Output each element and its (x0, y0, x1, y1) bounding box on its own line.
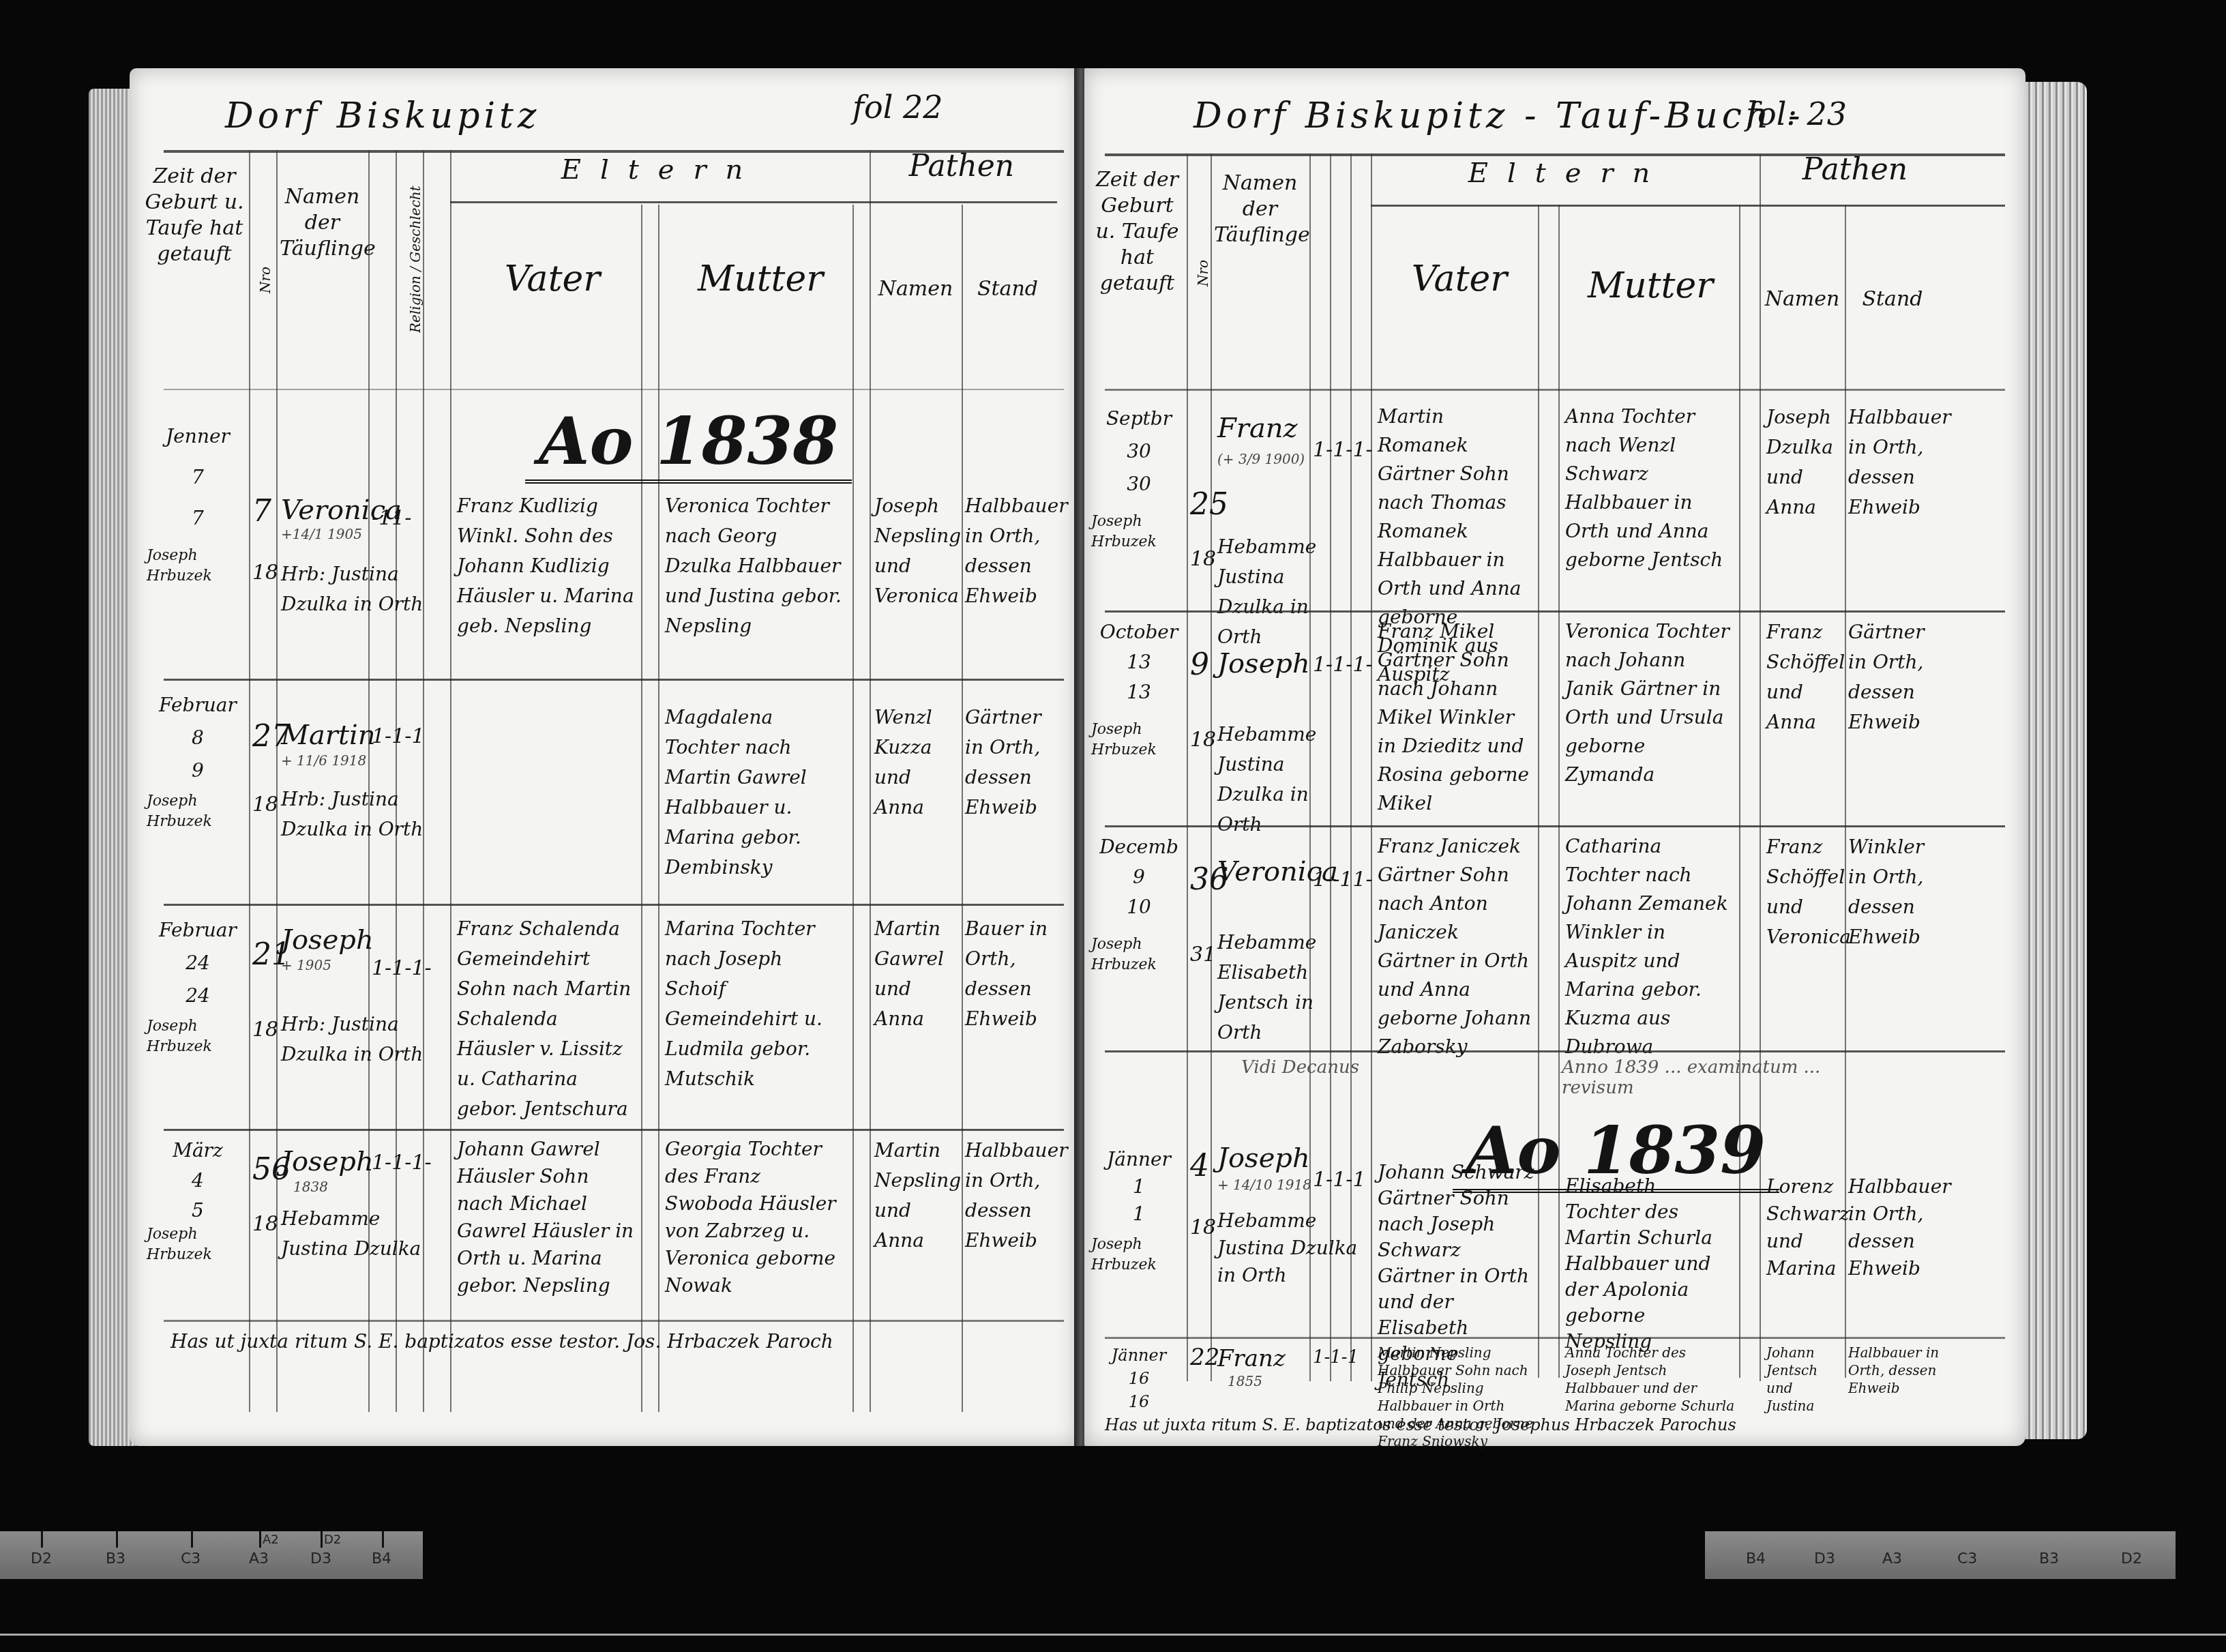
mother: Catharina Tochter nach Johann Zemanek Wi… (1565, 832, 1736, 1061)
father: Franz Janiczek Gärtner Sohn nach Anton J… (1378, 832, 1534, 1061)
religion-marks: 1-1-1- (1313, 430, 1373, 471)
entry-date: October 13 13 (1095, 617, 1183, 707)
header-pathen-stand: Stand (1848, 286, 1937, 312)
baptism-entry: Jenner 7 7 Joseph Hrbuzek 7 18 Veronica … (130, 491, 1078, 675)
header-pathen: Pathen (873, 153, 1050, 179)
margin-annotation: 1855 (1228, 1372, 1262, 1390)
header-child-names: Namen der Täuflinge (280, 184, 365, 262)
header-bottom-rule (1105, 389, 2005, 391)
header-birth-date: Zeit der Geburt u. Taufe hat getauft (1091, 167, 1183, 297)
entry-rule (164, 679, 1064, 681)
child-name: Joseph (1217, 1139, 1310, 1177)
entry-nro: 22 (1190, 1344, 1219, 1371)
baptism-entry: März 4 5 Joseph Hrbuzek 56 18 Joseph 183… (130, 1136, 1078, 1313)
midwife: Hebamme Justina Dzulka (281, 1204, 451, 1264)
ruler-label: D2 (324, 1533, 341, 1547)
attestation-footer: Has ut juxta ritum S. E. baptizatos esse… (170, 1330, 1057, 1353)
religion-marks: 1-1-1- (372, 948, 432, 989)
child-name: Joseph (281, 1142, 374, 1181)
entry-date: Jänner 16 16 (1095, 1344, 1183, 1413)
entry-date: Februar 24 24 (150, 914, 246, 1012)
folio-number: fol 22 (852, 89, 943, 126)
entry-rule (164, 904, 1064, 906)
godparents: Franz Schöffel und Veronica (1766, 832, 1841, 952)
header-mutter: Mutter (675, 266, 846, 292)
header-eltern: Eltern (1391, 160, 1746, 186)
godparents: Wenzl Kuzza und Anna (874, 703, 960, 823)
midwife: Hrb: Justina Dzulka in Orth (281, 784, 451, 844)
father: Franz Kudlizig Winkl. Sohn des Johann Ku… (457, 491, 638, 641)
ruler-label: C3 (181, 1550, 201, 1567)
religion-marks: 1-1-1 (1313, 1344, 1359, 1371)
godparent-status: Halbbauer in Orth, dessen Ehweib (965, 491, 1060, 611)
ruler-label: D2 (2121, 1550, 2142, 1567)
margin-annotation: (+ 3/9 1900) (1217, 450, 1305, 468)
header-mutter: Mutter (1569, 273, 1732, 299)
entry-rule (1105, 610, 2005, 613)
entry-date: März 4 5 (150, 1136, 246, 1226)
entry-priest: Joseph Hrbuzek (1091, 934, 1187, 975)
mother: Georgia Tochter des Franz Swoboda Häusle… (665, 1136, 849, 1299)
ruler-label: D3 (310, 1550, 331, 1567)
entry-date: Jenner 7 7 (150, 416, 246, 539)
child-name: Joseph (281, 921, 374, 959)
entry-house: 31 (1190, 934, 1216, 975)
open-register-book: Dorf Biskupitz fol 22 Zeit der Geburt u.… (130, 68, 2094, 1446)
entry-date: Februar 8 9 (150, 689, 246, 787)
godparents: Joseph Nepsling und Veronica (874, 491, 960, 611)
mother: Marina Tochter nach Joseph Schoif Gemein… (665, 914, 849, 1094)
header-child-names: Namen der Täuflinge (1214, 171, 1306, 248)
mother: Magdalena Tochter nach Martin Gawrel Hal… (665, 703, 849, 883)
header-pathen-namen: Namen (1763, 286, 1841, 312)
midwife: Hebamme Elisabeth Jentsch in Orth (1217, 928, 1354, 1048)
father: Franz Mikel Gärtner Sohn nach Johann Mik… (1378, 617, 1534, 818)
religion-marks: 1-1-1 (372, 716, 425, 757)
year-heading: Ao 1838 (525, 402, 852, 484)
entry-nro: 4 (1190, 1146, 1209, 1187)
entry-rule (1105, 825, 2005, 827)
entry-priest: Joseph Hrbuzek (1091, 720, 1187, 761)
header-bottom-rule (164, 389, 1064, 390)
decanus-visa-note: Vidi Decanus (1241, 1057, 1359, 1078)
child-name: Martin (281, 716, 376, 754)
entry-priest: Joseph Hrbuzek (147, 1016, 249, 1057)
baptism-entry: Decemb 9 10 Joseph Hrbuzek 36 31 Veronic… (1084, 832, 2025, 1037)
godparent-status: Halbbauer in Orth, dessen Ehweib (1848, 1344, 1944, 1397)
entry-rule (164, 1129, 1064, 1131)
godparent-status: Halbbauer in Orth, dessen Ehweib (1848, 402, 1944, 522)
entry-nro: 7 (252, 491, 271, 532)
mother: Anna Tochter des Joseph Jentsch Halbbaue… (1565, 1344, 1736, 1415)
header-birth-date: Zeit der Geburt u. Taufe hat getauft (143, 164, 246, 267)
entry-priest: Joseph Hrbuzek (1091, 1235, 1187, 1275)
margin-annotation: + 1905 (281, 956, 331, 974)
entry-house: 18 (1190, 1207, 1216, 1248)
godparent-status: Winkler in Orth, dessen Ehweib (1848, 832, 1944, 952)
entry-date: Septbr 30 30 (1095, 402, 1183, 501)
entry-house: 18 (252, 1009, 278, 1050)
entry-house: 18 (252, 552, 278, 593)
ruler-label: C3 (1957, 1550, 1977, 1567)
godparents: Martin Gawrel und Anna (874, 914, 960, 1034)
mother: Elisabeth Tochter des Martin Schurla Hal… (1565, 1173, 1736, 1355)
page-title: Dorf Biskupitz (225, 95, 540, 136)
godparents: Franz Schöffel und Anna (1766, 617, 1841, 737)
calibration-ruler-left: D2 B3 C3 A3 D3 B4 A2 D2 (0, 1531, 423, 1579)
godparents: Johann Jentsch und Justina (1766, 1344, 1841, 1415)
baptism-entry: Septbr 30 30 Joseph Hrbuzek 25 18 Franz … (1084, 402, 2025, 607)
religion-marks: 1-1-1 (1313, 1160, 1366, 1200)
entry-priest: Joseph Hrbuzek (147, 791, 249, 832)
ruler-label: B3 (2039, 1550, 2059, 1567)
godparents: Lorenz Schwarz und Marina (1766, 1173, 1841, 1282)
mother: Veronica Tochter nach Johann Janik Gärtn… (1565, 617, 1736, 789)
father: Johann Gawrel Häusler Sohn nach Michael … (457, 1136, 638, 1299)
ruler-label: D2 (31, 1550, 52, 1567)
godparent-status: Halbbauer in Orth, dessen Ehweib (1848, 1173, 1944, 1282)
attestation-footer: Has ut juxta ritum S. E. baptizatos esse… (1105, 1415, 2005, 1434)
child-name: Franz (1217, 409, 1298, 447)
header-nro: Nro (252, 232, 278, 327)
page-title: Dorf Biskupitz - Tauf-Buch - (1193, 95, 1805, 136)
godparents: Martin Nepsling und Anna (874, 1136, 960, 1256)
header-vater: Vater (471, 266, 634, 292)
ruler-label: A2 (263, 1533, 279, 1547)
godparent-status: Halbbauer in Orth, dessen Ehweib (965, 1136, 1060, 1256)
eltern-rule (450, 201, 1057, 203)
scanner-edge-line (0, 1634, 2226, 1636)
entry-nro: 9 (1190, 645, 1209, 685)
entry-date: Jänner 1 1 (1095, 1146, 1183, 1228)
midwife: Hebamme Justina Dzulka in Orth (1217, 1207, 1367, 1289)
calibration-ruler-right: B4 D3 A3 C3 B3 D2 (1705, 1531, 2176, 1579)
midwife: Hrb: Justina Dzulka in Orth (281, 1009, 451, 1070)
mother: Veronica Tochter nach Georg Dzulka Halbb… (665, 491, 849, 641)
religion-marks: 1-1-1- (372, 1142, 432, 1183)
margin-annotation: + 14/10 1918 (1217, 1176, 1311, 1194)
header-religion-sex: Religion / Geschlecht (402, 171, 428, 348)
left-page: Dorf Biskupitz fol 22 Zeit der Geburt u.… (130, 68, 1078, 1446)
entry-nro: 25 (1190, 484, 1228, 525)
godparent-status: Gärtner in Orth, dessen Ehweib (965, 703, 1060, 823)
baptism-entry: Februar 24 24 Joseph Hrbuzek 21 18 Josep… (130, 914, 1078, 1119)
header-pathen-namen: Namen (873, 276, 958, 302)
header-vater: Vater (1384, 266, 1534, 292)
ruler-label: B4 (372, 1550, 391, 1567)
margin-annotation: +14/1 1905 (281, 525, 362, 543)
header-pathen: Pathen (1766, 157, 1944, 183)
religion-marks: -11- (372, 498, 411, 539)
right-page: Dorf Biskupitz - Tauf-Buch - fol: 23 Zei… (1084, 68, 2025, 1446)
entry-priest: Joseph Hrbuzek (147, 546, 249, 587)
ruler-label: A3 (249, 1550, 269, 1567)
header-eltern: Eltern (471, 157, 852, 183)
mother: Anna Tochter nach Wenzl Schwarz Halbbaue… (1565, 402, 1736, 574)
baptism-entry: Jänner 1 1 Joseph Hrbuzek 4 18 Joseph + … (1084, 1146, 2025, 1323)
godparent-status: Bauer in Orth, dessen Ehweib (965, 914, 1060, 1034)
entry-priest: Joseph Hrbuzek (1091, 512, 1187, 552)
midwife: Hebamme Justina Dzulka in Orth (1217, 720, 1354, 840)
page-stack-right (2025, 82, 2087, 1439)
eltern-rule (1371, 205, 2005, 207)
entry-rule (1105, 1050, 2005, 1052)
entry-priest: Joseph Hrbuzek (147, 1224, 249, 1265)
baptism-entry: Februar 8 9 Joseph Hrbuzek 27 18 Martin … (130, 689, 1078, 859)
entry-house: 18 (1190, 720, 1216, 761)
entry-date: Decemb 9 10 (1095, 832, 1183, 922)
revision-note: Anno 1839 ... examinatum ... revisum (1562, 1057, 1835, 1098)
child-name: Joseph (1217, 645, 1310, 683)
header-nro: Nro (1190, 205, 1216, 341)
entry-rule (1105, 1337, 2005, 1339)
ruler-label: D3 (1814, 1550, 1835, 1567)
entry-rule (164, 1320, 1064, 1322)
religion-marks: 1-1-1- (1313, 645, 1373, 685)
folio-number: fol: 23 (1746, 95, 1847, 132)
religion-marks: 1--11- (1313, 859, 1373, 900)
entry-house: 18 (252, 1204, 278, 1245)
father: Franz Schalenda Gemeindehirt Sohn nach M… (457, 914, 638, 1124)
baptism-entry: October 13 13 Joseph Hrbuzek 9 18 Joseph… (1084, 617, 2025, 822)
entry-house: 18 (252, 784, 278, 825)
margin-annotation: + 11/6 1918 (281, 752, 366, 769)
margin-annotation: 1838 (293, 1178, 328, 1196)
godparent-status: Gärtner in Orth, dessen Ehweib (1848, 617, 1944, 737)
header-pathen-stand: Stand (965, 276, 1050, 302)
entry-house: 18 (1190, 539, 1216, 580)
midwife: Hrb: Justina Dzulka in Orth (281, 559, 451, 619)
godparents: Joseph Dzulka und Anna (1766, 402, 1841, 522)
ruler-label: B3 (106, 1550, 125, 1567)
ruler-label: B4 (1746, 1550, 1766, 1567)
ruler-label: A3 (1882, 1550, 1902, 1567)
